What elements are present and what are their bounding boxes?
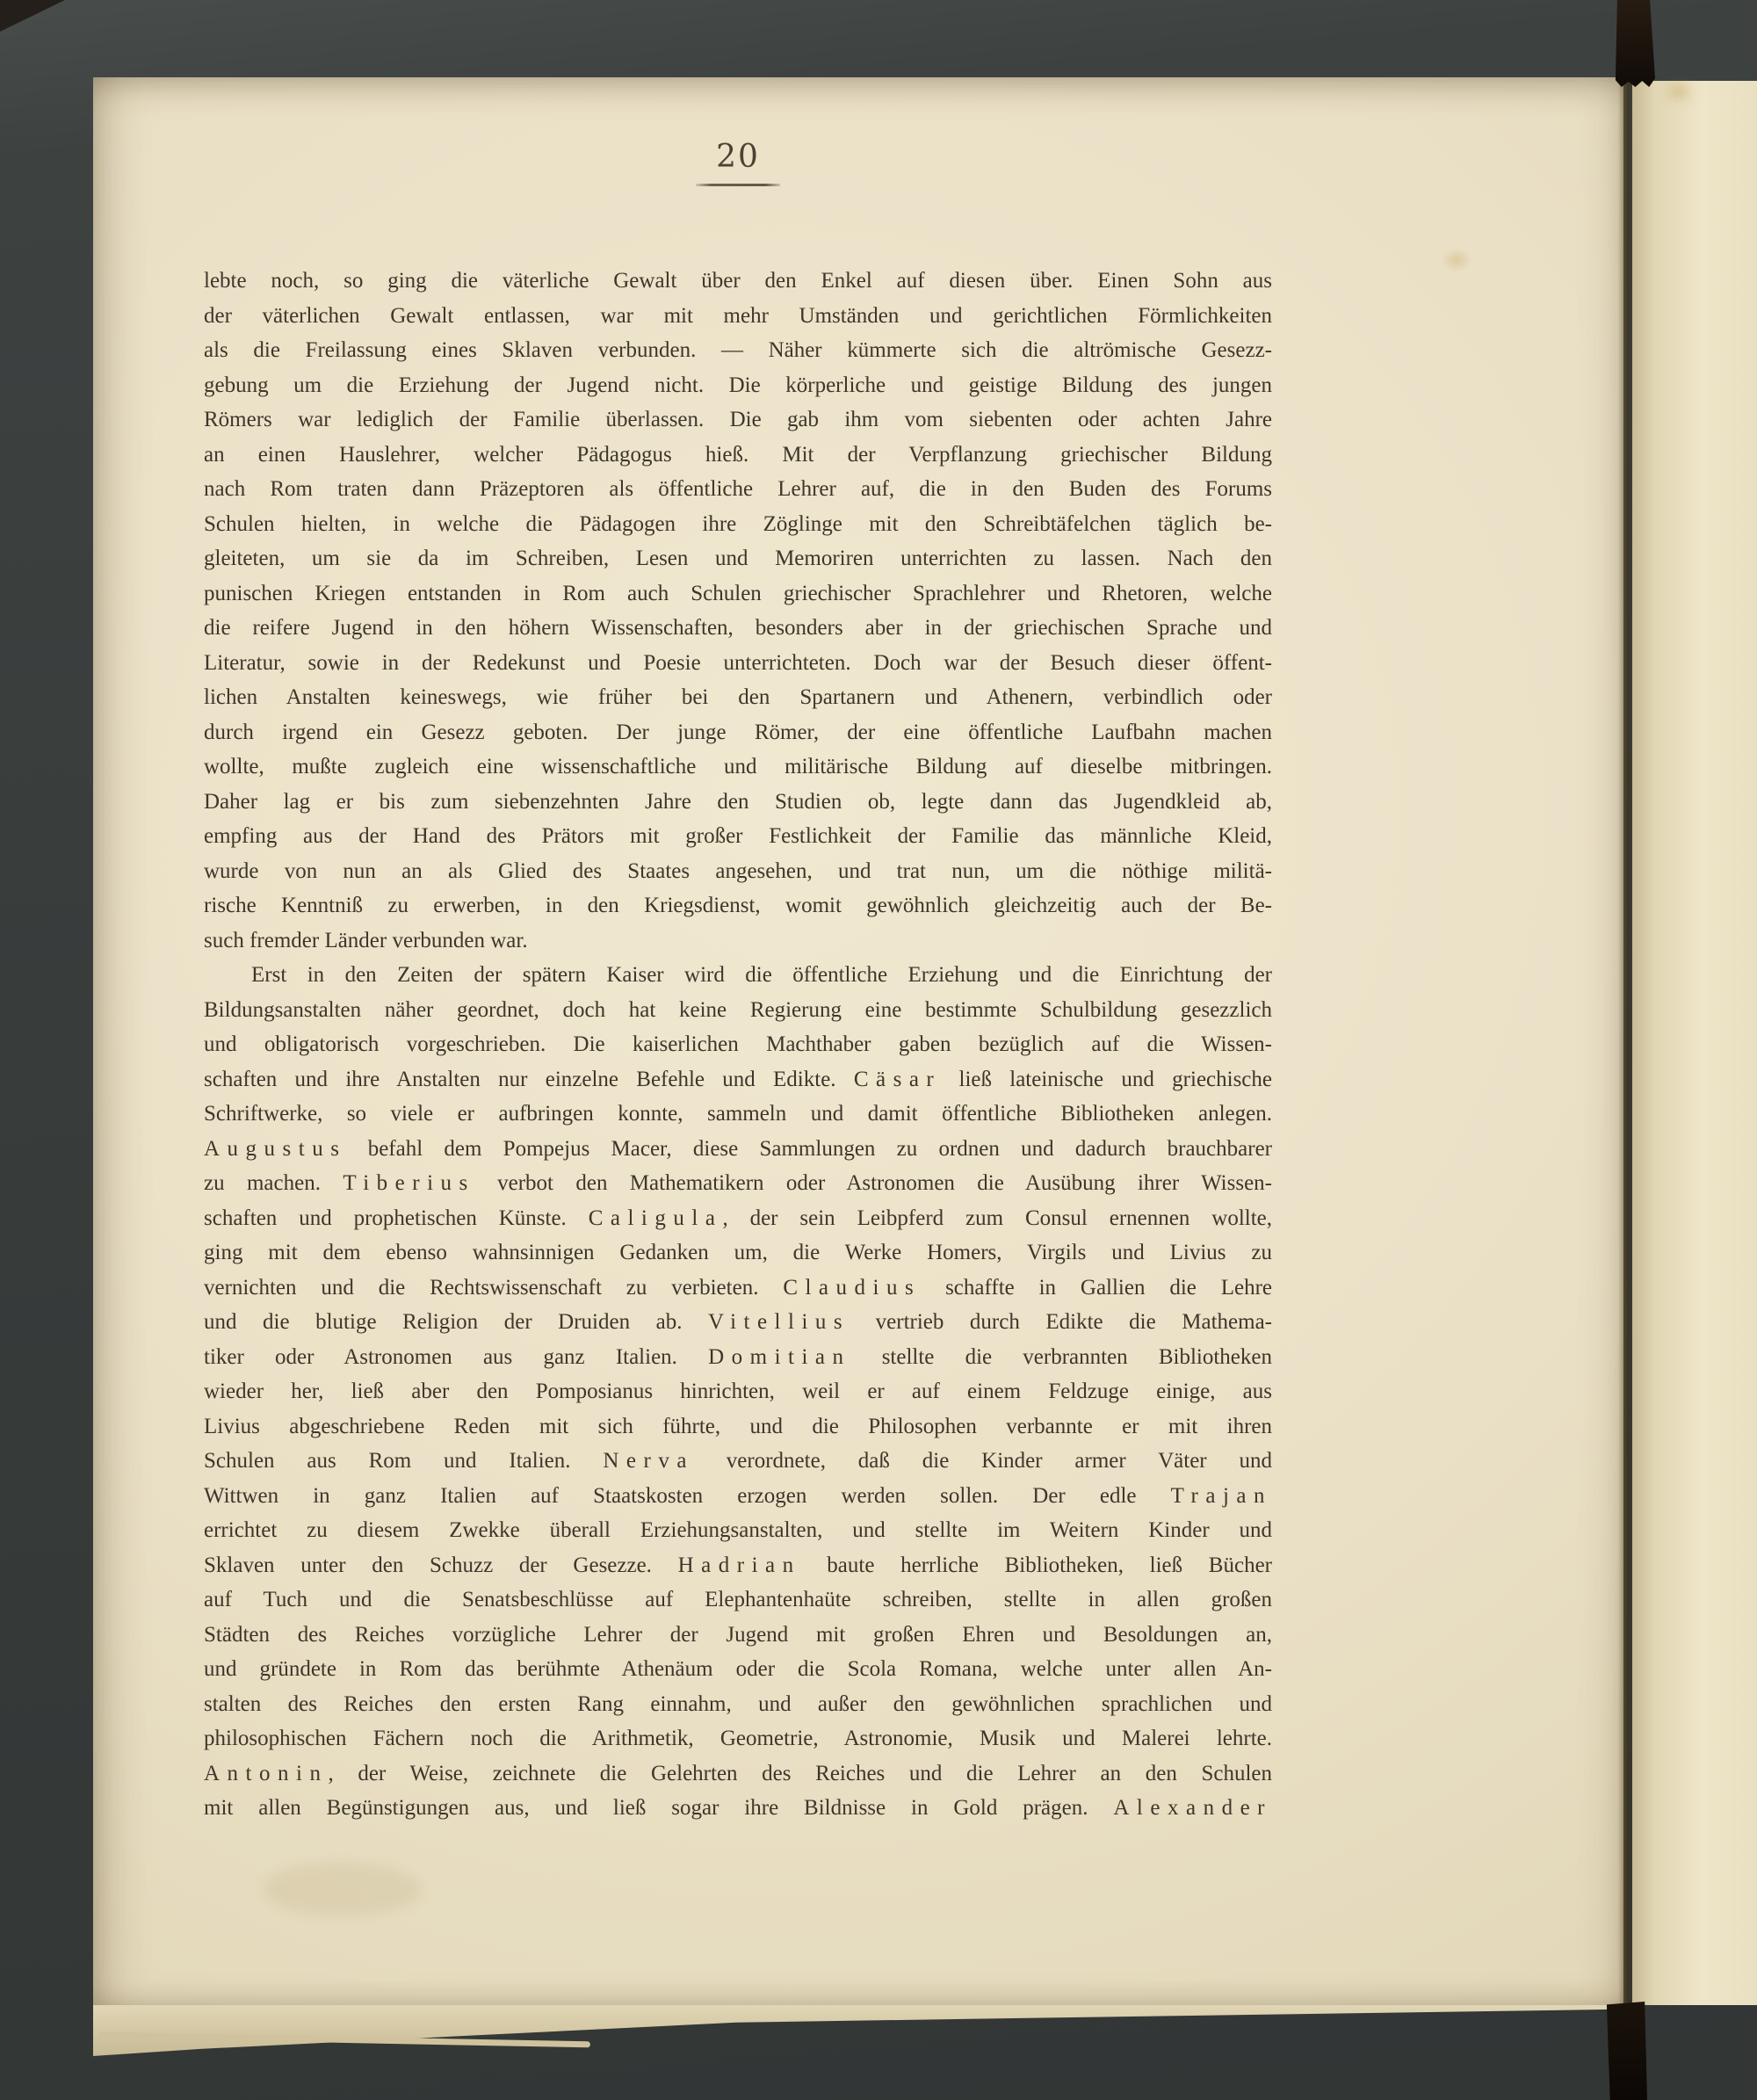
emperor-name: Claudius bbox=[783, 1276, 921, 1300]
text-line: schaften und ihre Anstalten nur einzelne… bbox=[204, 1062, 1272, 1097]
text-line: Bildungsanstalten näher geordnet, doch h… bbox=[204, 993, 1272, 1028]
emperor-name: Vitellius bbox=[708, 1310, 850, 1334]
text-line: als die Freilassung eines Sklaven verbun… bbox=[204, 333, 1272, 368]
paper-stain bbox=[1669, 84, 1688, 98]
text-line: vernichten und die Rechtswissenschaft zu… bbox=[204, 1271, 1272, 1306]
book-scan: 20 lebte noch, so ging die väterliche Ge… bbox=[0, 0, 1757, 2100]
bookmark-ribbon-bottom bbox=[1606, 2002, 1647, 2100]
cover-corner bbox=[0, 0, 65, 32]
emperor-name: Nerva bbox=[603, 1449, 694, 1473]
text-line: an einen Hauslehrer, welcher Pädagogus h… bbox=[204, 438, 1272, 473]
text-line: Schulen hielten, in welche die Pädagogen… bbox=[204, 507, 1272, 542]
text-line: schaften und prophetischen Künste. Calig… bbox=[204, 1201, 1272, 1236]
text-line: empfing aus der Hand des Prätors mit gro… bbox=[204, 819, 1272, 854]
text-line: Literatur, sowie in der Redekunst und Po… bbox=[204, 646, 1272, 681]
text-line: errichtet zu diesem Zwekke überall Erzie… bbox=[204, 1513, 1272, 1548]
emperor-name: Augustus bbox=[204, 1137, 346, 1161]
text-line: wurde von nun an als Glied des Staates a… bbox=[204, 854, 1272, 889]
text-line: wollte, mußte zugleich eine wissenschaft… bbox=[204, 749, 1272, 785]
text-line: philosophischen Fächern noch die Arithme… bbox=[204, 1721, 1272, 1756]
text-line: such fremder Länder verbunden war. bbox=[204, 923, 1272, 959]
emperor-name: Domitian bbox=[708, 1345, 850, 1369]
page-edge-stack bbox=[93, 2005, 1625, 2056]
text-line: gleiteten, um sie da im Schreiben, Lesen… bbox=[204, 541, 1272, 576]
text-line: durch irgend ein Gesezz geboten. Der jun… bbox=[204, 715, 1272, 750]
text-line: stalten des Reiches den ersten Rang einn… bbox=[204, 1687, 1272, 1722]
text-line: Antonin, der Weise, zeichnete die Gelehr… bbox=[204, 1756, 1272, 1792]
text-line: Schulen aus Rom und Italien. Nerva veror… bbox=[204, 1444, 1272, 1479]
text-line: lichen Anstalten keineswegs, wie früher … bbox=[204, 680, 1272, 715]
page-number: 20 bbox=[204, 139, 1272, 175]
emperor-name: Antonin bbox=[204, 1762, 328, 1785]
page-number-rule bbox=[696, 184, 780, 186]
emperor-name: Hadrian bbox=[678, 1553, 801, 1577]
text-line: Städten des Reiches vorzügliche Lehrer d… bbox=[204, 1618, 1272, 1653]
text-line: wieder her, ließ aber den Pomposianus hi… bbox=[204, 1374, 1272, 1409]
text-line: Livius abgeschriebene Reden mit sich füh… bbox=[204, 1409, 1272, 1445]
emperor-name: Caligula bbox=[589, 1206, 723, 1230]
bookmark-ribbon-top bbox=[1612, 0, 1655, 87]
text-line: Wittwen in ganz Italien auf Staatskosten… bbox=[204, 1479, 1272, 1514]
text-line: Schriftwerke, so viele er aufbringen kon… bbox=[204, 1097, 1272, 1132]
emperor-name: Cäsar bbox=[854, 1068, 941, 1091]
body-text: lebte noch, so ging die väterliche Gewal… bbox=[204, 264, 1272, 1826]
text-line: zu machen. Tiberius verbot den Mathemati… bbox=[204, 1166, 1272, 1201]
text-line: auf Tuch und die Senatsbeschlüsse auf El… bbox=[204, 1582, 1272, 1618]
text-line: punischen Kriegen entstanden in Rom auch… bbox=[204, 576, 1272, 612]
text-line: ging mit dem ebenso wahnsinnigen Gedanke… bbox=[204, 1235, 1272, 1271]
text-line: und obligatorisch vorgeschrieben. Die ka… bbox=[204, 1027, 1272, 1062]
text-line: der väterlichen Gewalt entlassen, war mi… bbox=[204, 299, 1272, 334]
text-line: Römers war lediglich der Familie überlas… bbox=[204, 402, 1272, 438]
emperor-name: Alexander bbox=[1113, 1796, 1272, 1820]
text-line: gebung um die Erziehung der Jugend nicht… bbox=[204, 368, 1272, 403]
page-header: 20 bbox=[204, 139, 1272, 186]
paper-stain bbox=[264, 1863, 422, 1915]
facing-page-edge bbox=[1632, 81, 1757, 2005]
text-line: Sklaven unter den Schuzz der Gesezze. Ha… bbox=[204, 1548, 1272, 1583]
text-line: Augustus befahl dem Pompejus Macer, dies… bbox=[204, 1132, 1272, 1167]
text-line: rische Kenntniß zu erwerben, in den Krie… bbox=[204, 888, 1272, 923]
text-line: Erst in den Zeiten der spätern Kaiser wi… bbox=[204, 958, 1272, 993]
text-line: mit allen Begünstigungen aus, und ließ s… bbox=[204, 1791, 1272, 1826]
emperor-name: Tiberius bbox=[343, 1171, 474, 1195]
emperor-name: Trajan bbox=[1171, 1484, 1272, 1508]
text-line: und gründete in Rom das berühmte Athenäu… bbox=[204, 1652, 1272, 1687]
text-line: tiker oder Astronomen aus ganz Italien. … bbox=[204, 1340, 1272, 1375]
text-line: die reifere Jugend in den höhern Wissens… bbox=[204, 611, 1272, 646]
text-line: lebte noch, so ging die väterliche Gewal… bbox=[204, 264, 1272, 299]
text-line: nach Rom traten dann Präzeptoren als öff… bbox=[204, 472, 1272, 507]
text-line: und die blutige Religion der Druiden ab.… bbox=[204, 1305, 1272, 1340]
text-line: Daher lag er bis zum siebenzehnten Jahre… bbox=[204, 785, 1272, 820]
